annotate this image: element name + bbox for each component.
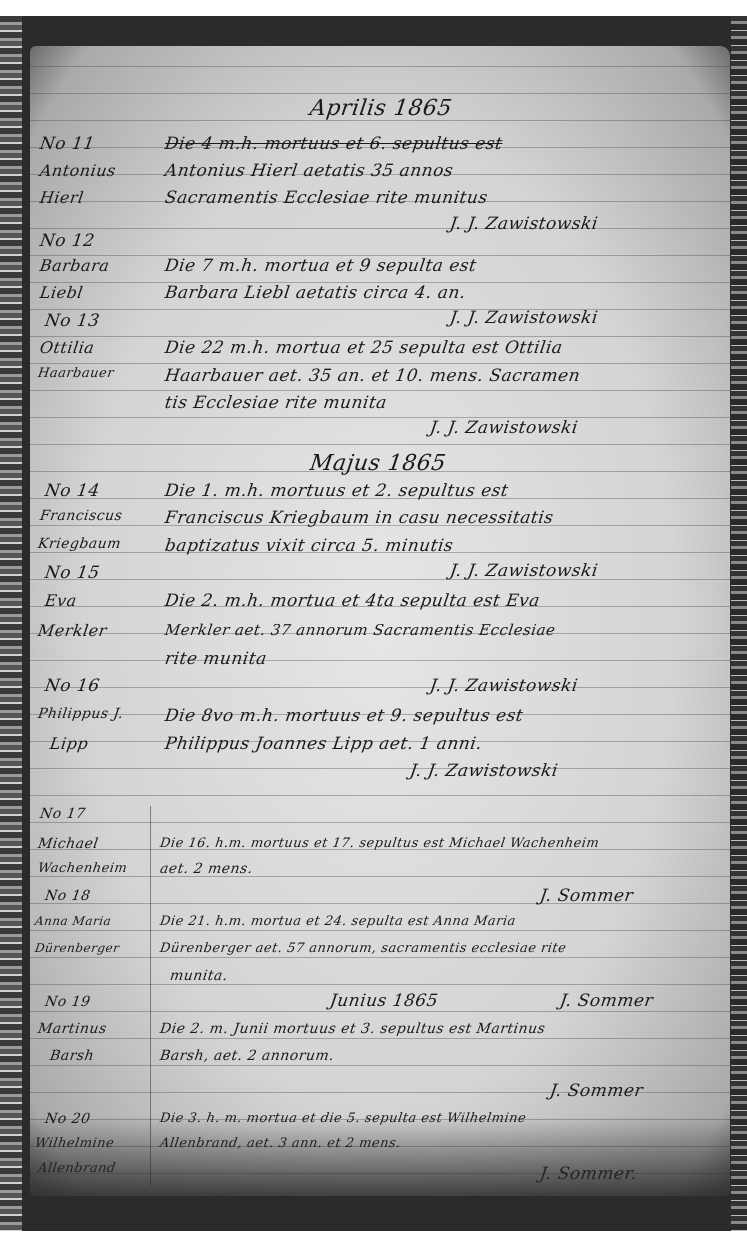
- margin-name: Franciscus: [39, 508, 124, 524]
- entry-line: baptizatus vixit circa 5. minutis: [164, 536, 455, 556]
- margin-name: Eva: [44, 591, 78, 610]
- entry-line: aet. 2 mens.: [159, 861, 254, 877]
- entry-number: No 20: [44, 1111, 92, 1127]
- entry-line: Barsh, aet. 2 annorum.: [159, 1048, 335, 1064]
- entry-line: Die 8vo m.h. mortuus et 9. sepultus est: [164, 706, 525, 726]
- priest-signature: J. J. Zawistowski: [449, 214, 600, 234]
- entry-line: Die 3. h. m. mortua et die 5. sepulta es…: [159, 1111, 527, 1126]
- entry-number: No 17: [39, 806, 87, 822]
- entry-line: rite munita: [164, 649, 269, 669]
- priest-signature: J. Sommer.: [539, 1164, 639, 1184]
- margin-name: Allenbrand: [37, 1161, 117, 1176]
- entry-number: No 16: [44, 676, 101, 696]
- entry-line: tis Ecclesiae rite munita: [164, 393, 389, 413]
- entry-number: No 15: [44, 563, 101, 583]
- scan-edge-left: [0, 16, 22, 1231]
- entry-line: Die 2. m. Junii mortuus et 3. sepultus e…: [159, 1021, 547, 1037]
- entry-line: Die 4 m.h. mortuus et 6. sepultus est: [164, 134, 504, 154]
- entry-line: Die 1. m.h. mortuus et 2. sepultus est: [164, 481, 510, 501]
- priest-signature: J. Sommer: [539, 886, 635, 906]
- margin-name: Liebl: [39, 283, 85, 302]
- month-heading: Aprilis 1865: [308, 96, 453, 121]
- priest-signature: J. J. Zawistowski: [429, 418, 580, 438]
- entry-number: No 13: [44, 311, 101, 331]
- margin-name: Martinus: [37, 1021, 108, 1037]
- margin-name: Kriegbaum: [37, 536, 122, 552]
- margin-name: Antonius: [39, 161, 118, 180]
- entry-number: No 12: [39, 231, 96, 251]
- margin-name: Merkler: [37, 621, 109, 640]
- entry-number: No 19: [44, 994, 92, 1010]
- priest-signature: J. J. Zawistowski: [429, 676, 580, 696]
- margin-name: Ottilia: [39, 338, 96, 357]
- margin-name: Lipp: [49, 734, 90, 753]
- margin-name: Barbara: [39, 256, 111, 275]
- entry-line: munita.: [169, 968, 229, 984]
- margin-name: Barsh: [49, 1048, 95, 1064]
- entry-line: Allenbrand, aet. 3 ann. et 2 mens.: [159, 1136, 402, 1151]
- scan-edge-right: [731, 16, 747, 1231]
- entry-line: Antonius Hierl aetatis 35 annos: [164, 161, 455, 181]
- entry-line: Die 16. h.m. mortuus et 17. sepultus est…: [159, 836, 600, 851]
- entry-line: Franciscus Kriegbaum in casu necessitati…: [164, 508, 555, 528]
- entry-line: Die 7 m.h. mortua et 9 sepulta est: [164, 256, 478, 276]
- month-heading: Junius 1865: [329, 991, 440, 1011]
- entry-line: Die 2. m.h. mortua et 4ta sepulta est Ev…: [164, 591, 542, 611]
- entry-line: Haarbauer aet. 35 an. et 10. mens. Sacra…: [164, 366, 582, 386]
- margin-name: Michael: [37, 836, 100, 852]
- priest-signature: J. Sommer: [549, 1081, 645, 1101]
- entry-line: Barbara Liebl aetatis circa 4. an.: [164, 283, 468, 303]
- margin-rule: [150, 806, 151, 1186]
- entry-line: Dürenberger aet. 57 annorum, sacramentis…: [159, 941, 567, 956]
- month-heading: Majus 1865: [308, 451, 447, 476]
- entry-line: Philippus Joannes Lipp aet. 1 anni.: [164, 734, 484, 754]
- priest-signature: J. J. Zawistowski: [449, 561, 600, 581]
- margin-name: Philippus J.: [37, 706, 125, 722]
- margin-name: Anna Maria: [34, 914, 112, 928]
- entry-number: No 14: [44, 481, 101, 501]
- entry-line: Die 21. h.m. mortua et 24. sepulta est A…: [159, 914, 517, 929]
- entry-line: Merkler aet. 37 annorum Sacramentis Eccl…: [164, 621, 557, 639]
- margin-name: Dürenberger: [34, 941, 120, 955]
- register-page: Aprilis 1865 No 11 Die 4 m.h. mortuus et…: [30, 46, 730, 1196]
- priest-signature: J. J. Zawistowski: [449, 308, 600, 328]
- entry-number: No 18: [44, 888, 92, 904]
- scanned-page: Aprilis 1865 No 11 Die 4 m.h. mortuus et…: [0, 16, 747, 1231]
- margin-name: Wachenheim: [37, 861, 128, 876]
- entry-line: Sacramentis Ecclesiae rite munitus: [164, 188, 489, 208]
- margin-name: Haarbauer: [37, 366, 115, 381]
- priest-signature: J. J. Zawistowski: [409, 761, 560, 781]
- entry-line: Die 22 m.h. mortua et 25 sepulta est Ott…: [164, 338, 564, 358]
- priest-signature: J. Sommer: [559, 991, 655, 1011]
- margin-name: Wilhelmine: [34, 1136, 115, 1151]
- margin-name: Hierl: [39, 188, 85, 207]
- entry-number: No 11: [39, 134, 96, 154]
